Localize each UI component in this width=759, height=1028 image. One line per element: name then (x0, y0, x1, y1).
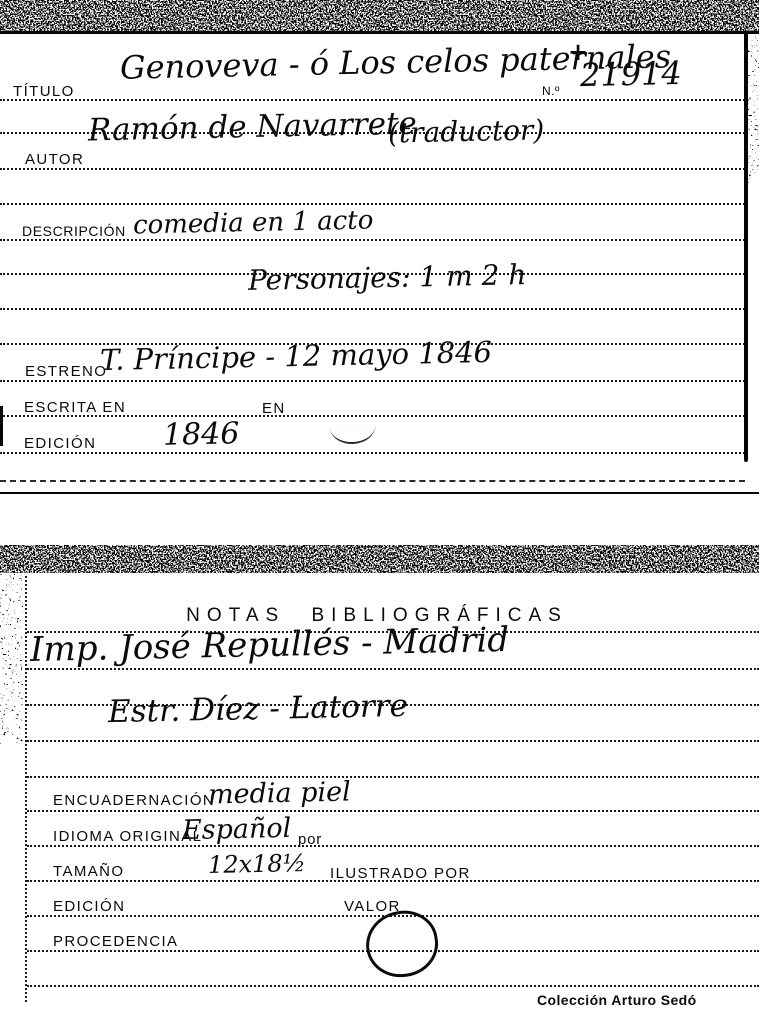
ruled-line (27, 668, 759, 670)
pencil-stroke (330, 425, 377, 445)
handwritten-autor-annotation: (traductor) (388, 116, 545, 147)
handwritten-personajes: Personajes: 1 m 2 h (248, 261, 527, 295)
field-label-titulo: TÍTULO (13, 84, 75, 99)
ruled-line (27, 740, 759, 742)
ruled-line (0, 99, 745, 101)
ruled-line (0, 380, 745, 382)
handwritten-autor: Ramón de Navarrete (88, 109, 417, 147)
ruled-line (0, 308, 745, 310)
scanned-catalog-cards: TÍTULO N.º AUTOR DESCRIPCIÓN ESTRENO ESC… (0, 0, 759, 1028)
card1-left-edge-mark (0, 406, 3, 446)
card1-bottom-edge-line (0, 492, 759, 494)
handwritten-estreno: T. Príncipe - 12 mayo 1846 (100, 338, 493, 375)
handwritten-descripcion: comedia en 1 acto (133, 207, 374, 238)
field-label-estreno: ESTRENO (25, 364, 107, 379)
handwritten-note-imprenta: Imp. José Repullés - Madrid (30, 623, 510, 667)
handwritten-edicion: 1846 (163, 419, 240, 451)
field-label-escrita-en: ESCRITA EN (24, 400, 126, 415)
collection-credit: Colección Arturo Sedó (537, 993, 697, 1007)
card2-left-noise (0, 574, 23, 744)
handwritten-note-estreno: Estr. Díez - Latorre (108, 691, 409, 728)
ruled-line (27, 985, 759, 987)
field-label-procedencia: PROCEDENCIA (53, 934, 178, 949)
field-label-descripcion: DESCRIPCIÓN (22, 224, 126, 238)
field-label-ilustrado-por: ILUSTRADO POR (330, 866, 471, 881)
field-label-en: EN (262, 401, 286, 416)
field-label-idioma: IDIOMA ORIGINAL (53, 829, 202, 844)
ruled-line (0, 452, 745, 454)
card1-top-edge-noise (0, 0, 759, 31)
field-label-autor: AUTOR (25, 152, 84, 167)
hand-drawn-circle (362, 906, 442, 981)
handwritten-numero: 21914 (580, 57, 682, 91)
handwritten-idioma: Español (182, 815, 292, 844)
card2-top-edge-noise (0, 545, 759, 573)
field-label-numero: N.º (542, 85, 560, 97)
ruled-line (27, 845, 759, 847)
ruled-line (27, 776, 759, 778)
card1-right-noise (746, 35, 759, 185)
field-label-por: por (298, 832, 322, 847)
field-label-edicion: EDICIÓN (24, 436, 96, 451)
handwritten-encuadernacion: media piel (208, 779, 351, 809)
ruled-line (0, 168, 745, 170)
ruled-line (0, 239, 745, 241)
handwritten-tamano: 12x18½ (208, 851, 306, 877)
ruled-line (27, 810, 759, 812)
card1-bottom-dashed-line (0, 480, 745, 482)
field-label-encuadernacion: ENCUADERNACIÓN (53, 793, 215, 808)
card2-left-edge (25, 576, 27, 1002)
field-label-tamano: TAMAÑO (53, 864, 124, 879)
field-label-edicion2: EDICIÓN (53, 899, 125, 914)
card1-top-edge-line (0, 31, 759, 34)
